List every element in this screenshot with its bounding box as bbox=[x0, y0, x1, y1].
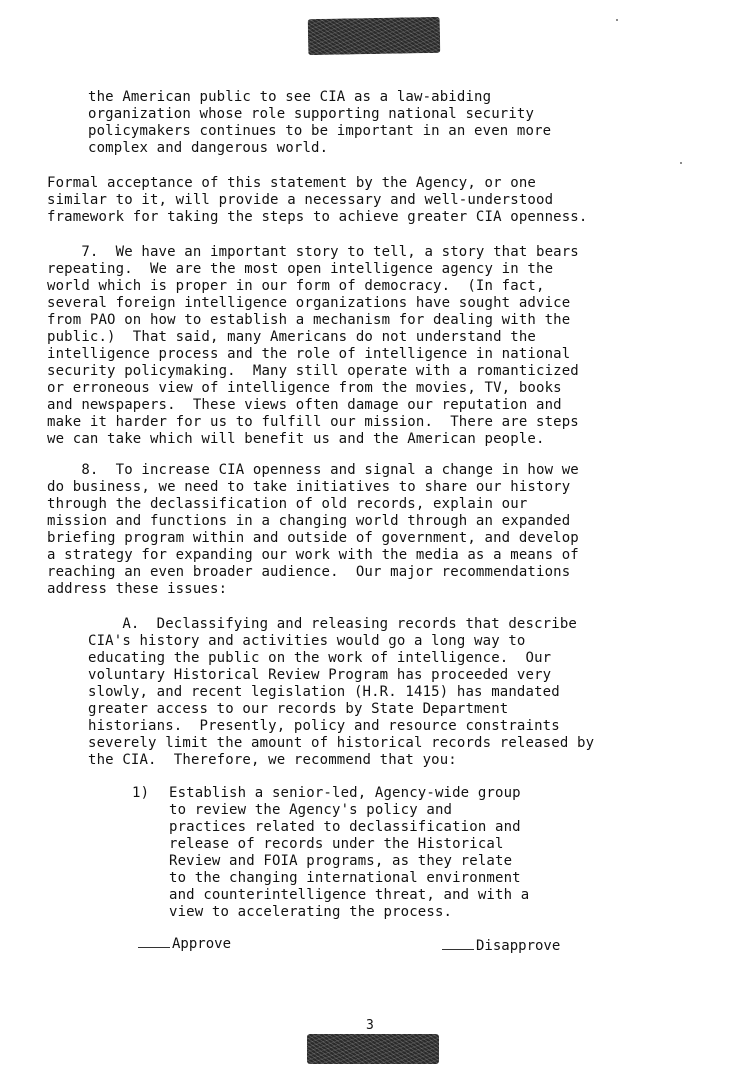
text-line: several foreign intelligence organizatio… bbox=[47, 295, 570, 312]
text-line: or erroneous view of intelligence from t… bbox=[47, 380, 562, 397]
approve-label: Approve bbox=[172, 936, 231, 952]
text-line: and counterintelligence threat, and with… bbox=[169, 887, 529, 904]
text-line: the CIA. Therefore, we recommend that yo… bbox=[88, 752, 457, 769]
text-line: 8. To increase CIA openness and signal a… bbox=[47, 462, 579, 479]
text-line: from PAO on how to establish a mechanism… bbox=[47, 312, 570, 329]
text-line: through the declassification of old reco… bbox=[47, 496, 527, 513]
text-line: CIA's history and activities would go a … bbox=[88, 633, 526, 650]
text-line: educating the public on the work of inte… bbox=[88, 650, 551, 667]
text-line: Review and FOIA programs, as they relate bbox=[169, 853, 512, 870]
text-line: framework for taking the steps to achiev… bbox=[47, 209, 587, 226]
redaction-mark-bottom bbox=[307, 1034, 439, 1064]
approve-field[interactable]: Approve bbox=[138, 936, 231, 952]
text-line: mission and functions in a changing worl… bbox=[47, 513, 570, 530]
text-line: 7. We have an important story to tell, a… bbox=[47, 244, 579, 261]
text-line: Establish a senior-led, Agency-wide grou… bbox=[169, 785, 521, 802]
text-line: Formal acceptance of this statement by t… bbox=[47, 175, 536, 192]
redaction-mark-top bbox=[308, 17, 441, 55]
text-line: reaching an even broader audience. Our m… bbox=[47, 564, 570, 581]
text-line: briefing program within and outside of g… bbox=[47, 530, 579, 547]
scan-speck bbox=[680, 162, 682, 164]
scan-speck bbox=[616, 19, 618, 21]
text-line: intelligence process and the role of int… bbox=[47, 346, 570, 363]
text-line: historians. Presently, policy and resour… bbox=[88, 718, 560, 735]
text-line: A. Declassifying and releasing records t… bbox=[88, 616, 577, 633]
text-line: repeating. We are the most open intellig… bbox=[47, 261, 553, 278]
text-line: security policymaking. Many still operat… bbox=[47, 363, 579, 380]
text-line: practices related to declassification an… bbox=[169, 819, 521, 836]
page-number: 3 bbox=[366, 1018, 374, 1033]
disapprove-field[interactable]: Disapprove bbox=[442, 938, 560, 954]
text-line: the American public to see CIA as a law-… bbox=[88, 89, 491, 106]
text-line: severely limit the amount of historical … bbox=[88, 735, 594, 752]
text-line: release of records under the Historical bbox=[169, 836, 504, 853]
text-line: public.) That said, many Americans do no… bbox=[47, 329, 536, 346]
text-line: organization whose role supporting natio… bbox=[88, 106, 534, 123]
text-line: world which is proper in our form of dem… bbox=[47, 278, 545, 295]
text-line: voluntary Historical Review Program has … bbox=[88, 667, 551, 684]
text-line: make it harder for us to fulfill our mis… bbox=[47, 414, 579, 431]
text-line: address these issues: bbox=[47, 581, 227, 598]
recommendation-1-marker: 1) bbox=[132, 785, 149, 802]
approve-signature-blank[interactable] bbox=[138, 947, 170, 948]
text-line: similar to it, will provide a necessary … bbox=[47, 192, 553, 209]
text-line: a strategy for expanding our work with t… bbox=[47, 547, 579, 564]
text-line: greater access to our records by State D… bbox=[88, 701, 508, 718]
text-line: to the changing international environmen… bbox=[169, 870, 521, 887]
text-line: view to accelerating the process. bbox=[169, 904, 452, 921]
text-line: to review the Agency's policy and bbox=[169, 802, 452, 819]
text-line: we can take which will benefit us and th… bbox=[47, 431, 545, 448]
text-line: slowly, and recent legislation (H.R. 141… bbox=[88, 684, 560, 701]
disapprove-label: Disapprove bbox=[476, 938, 560, 954]
text-line: and newspapers. These views often damage… bbox=[47, 397, 562, 414]
text-line: do business, we need to take initiatives… bbox=[47, 479, 570, 496]
text-line: complex and dangerous world. bbox=[88, 140, 328, 157]
text-line: policymakers continues to be important i… bbox=[88, 123, 551, 140]
disapprove-signature-blank[interactable] bbox=[442, 949, 474, 950]
